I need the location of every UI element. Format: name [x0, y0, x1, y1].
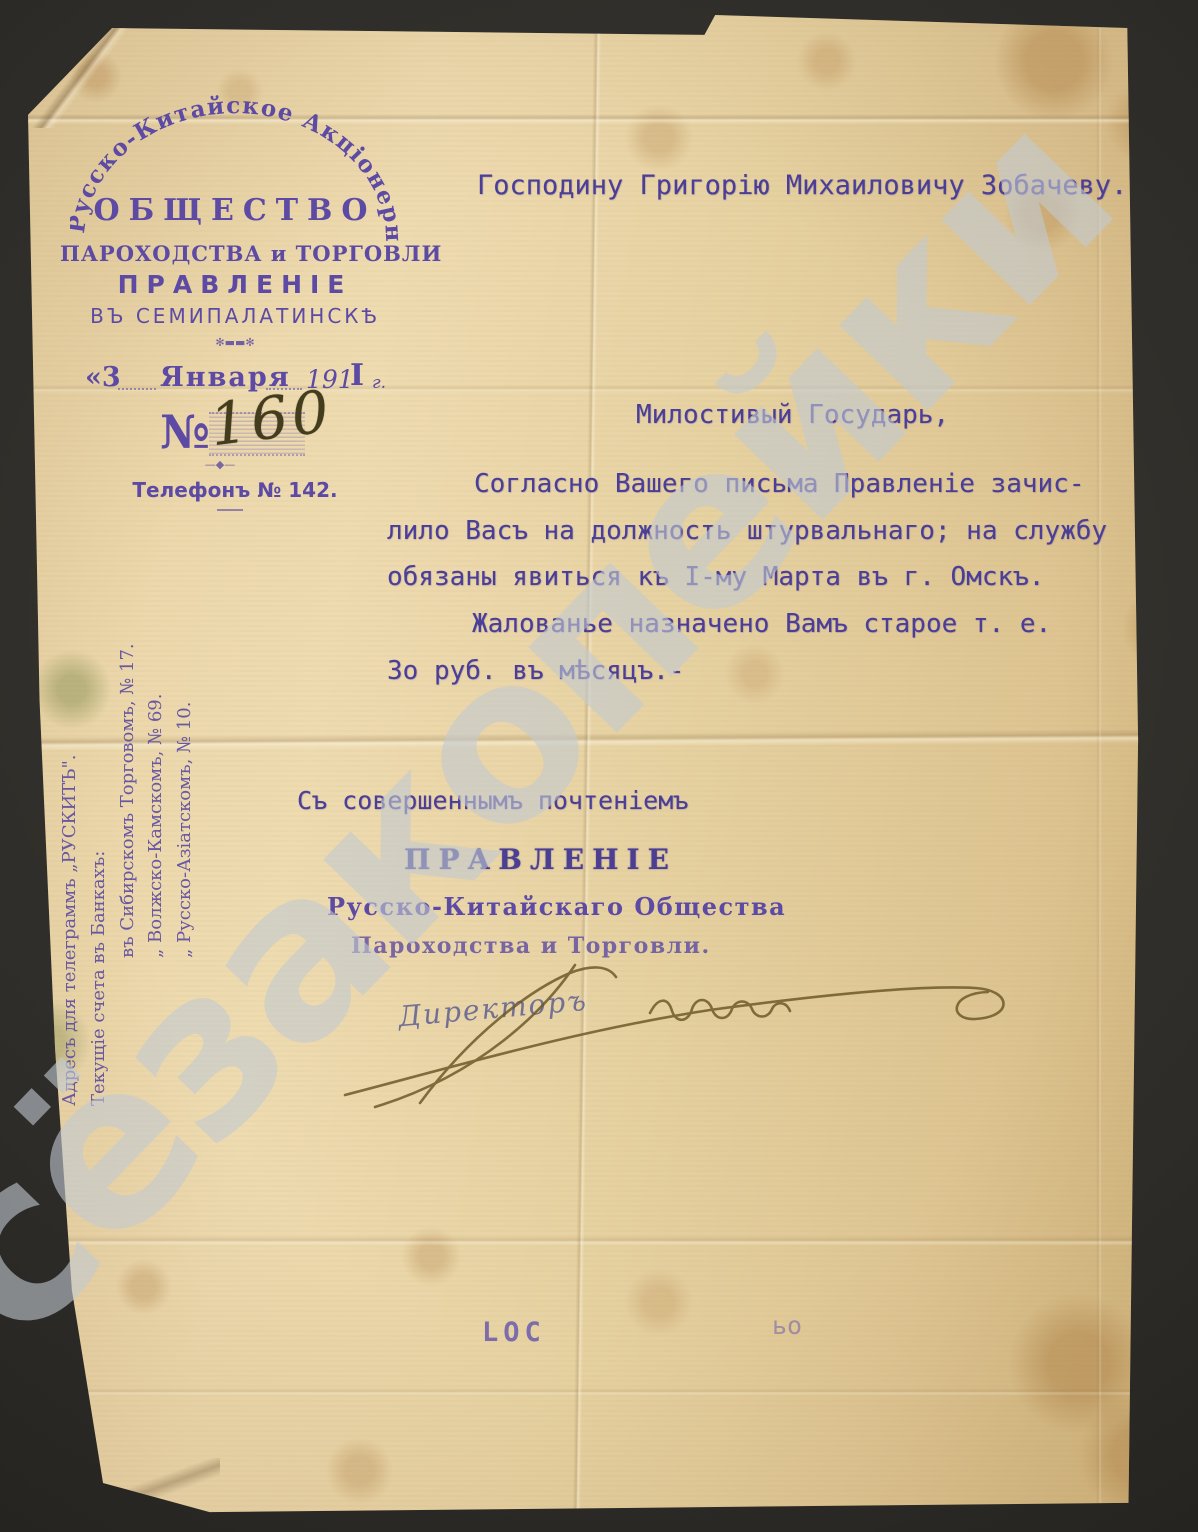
addressee-line: Господину Григорію Михаиловичу Зобачеву.	[477, 170, 1127, 201]
side-note-bank: въ Сибирскомъ Торговомъ, № 17.	[114, 641, 143, 958]
letterhead-city: ВЪ СЕМИПАЛАТИНСКѢ	[75, 304, 395, 328]
ornament-icon: ✻▬▬✻	[75, 336, 395, 349]
ornament-icon: —◆—	[160, 458, 280, 471]
date-era: г.	[372, 373, 386, 393]
side-note-telegraph: Адресъ для телеграммъ „РУСКИТЪ".	[56, 641, 85, 1106]
date-day: «3	[85, 362, 121, 393]
closing-org-stamp: ПРАВЛЕНІЕ	[404, 843, 677, 876]
body-line: 3о руб. въ мѣсяцъ.-	[387, 656, 684, 686]
closing-org-name: Русско-Китайскаго Общества	[327, 892, 786, 921]
signature-flourish	[320, 935, 1040, 1110]
ornament-rule	[217, 509, 243, 511]
body-line: обязаны явиться къ I-му Марта въ г. Омск…	[387, 562, 1044, 592]
number-sign: №	[160, 405, 210, 459]
date-year-typed: I	[350, 358, 364, 393]
letterhead-phone: Телефонъ № 142.	[75, 478, 395, 502]
body-line: Жалованье назначено Вамъ старое т. е.	[472, 609, 1051, 639]
side-note-bank: „ Русско-Азіатскомъ, № 10.	[171, 641, 200, 958]
body-line: Согласно Вашего письма Правленіе зачис-	[474, 469, 1084, 499]
photo-backdrop: Русско-Китайское Акціонерное ОБЩЕСТВО ПА…	[0, 0, 1198, 1532]
letterhead-company: ОБЩЕСТВО	[75, 193, 395, 228]
salutation-line: Милостивый Государь,	[636, 400, 949, 430]
side-note-bank: „ Волжско-Камскомъ, № 69.	[142, 641, 171, 958]
side-note-accounts: Текущіе счета въ Банкахъ:	[85, 641, 114, 1106]
dotted-leader	[118, 368, 156, 390]
bottom-stamp-fragment: LOC	[482, 1317, 546, 1348]
letterhead-board: ПРАВЛЕНІЕ	[75, 270, 395, 299]
letterhead-company-sub: ПАРОХОДСТВА и ТОРГОВЛИ	[60, 241, 410, 266]
bottom-stamp-fragment: ьо	[772, 1311, 802, 1340]
body-line: лило Васъ на должность штурвальнаго; на …	[387, 516, 1107, 546]
closing-regards: Съ совершеннымъ почтеніемъ	[297, 786, 688, 815]
side-note-block: Адресъ для телеграммъ „РУСКИТЪ". Текущіе…	[56, 641, 208, 1106]
